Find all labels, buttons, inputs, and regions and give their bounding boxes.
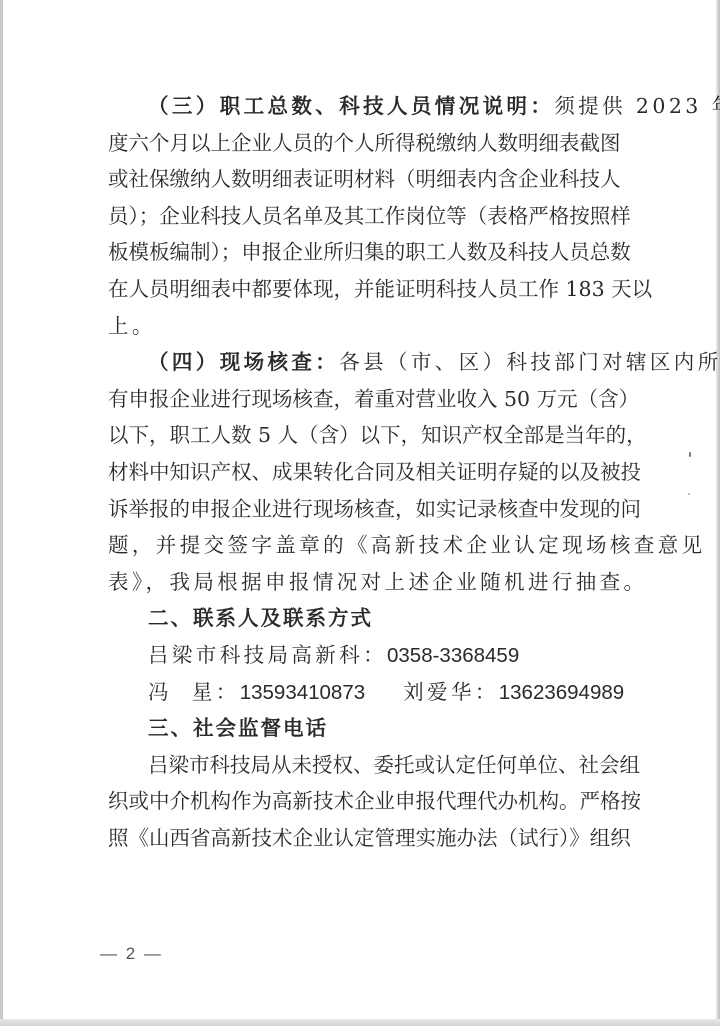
paragraph-line: 有申报企业进行现场核查，着重对营业收入 50 万元（含） xyxy=(108,381,618,418)
paragraph-line: （三）职工总数、科技人员情况说明：须提供 2023 年 xyxy=(108,88,618,125)
paragraph-line: 照《山西省高新技术企业认定管理实施办法（试行）》组织 xyxy=(108,820,618,857)
paragraph-line: 材料中知识产权、成果转化合同及相关证明存疑的以及被投 xyxy=(108,454,618,491)
paragraph-line: 表》，我局根据申报情况对上述企业随机进行抽查。 xyxy=(108,564,618,601)
paragraph-line: 或社保缴纳人数明细表证明材料（明细表内含企业科技人 xyxy=(108,161,618,198)
office-label: 吕梁市科技局高新科： xyxy=(148,643,387,667)
person2-name: 刘爱华： xyxy=(403,680,499,704)
scan-speck xyxy=(689,452,691,457)
paragraph-line: 以下，职工人数 5 人（含）以下，知识产权全部是当年的， xyxy=(108,417,618,454)
document-page: （三）职工总数、科技人员情况说明：须提供 2023 年 度六个月以上企业人员的个… xyxy=(108,88,618,856)
paragraph-line: 在人员明细表中都要体现，并能证明科技人员工作 183 天以 xyxy=(108,271,618,308)
paragraph-line: 题，并提交签字盖章的《高新技术企业认定现场核查意见 xyxy=(108,527,618,564)
paragraph-line: 诉举报的申报企业进行现场核查，如实记录核查中发现的问 xyxy=(108,491,618,528)
person1-phone: 13593410873 xyxy=(240,681,365,704)
scan-speck xyxy=(688,493,690,495)
paragraph-line: 度六个月以上企业人员的个人所得税缴纳人数明细表截图 xyxy=(108,125,618,162)
scan-bottom-edge xyxy=(0,1019,720,1026)
office-phone: 0358-3368459 xyxy=(387,644,519,667)
section-heading-contacts: 二、联系人及联系方式 xyxy=(108,600,618,637)
page-number: — 2 — xyxy=(100,944,163,964)
person1-name-first: 冯 xyxy=(148,680,172,704)
contact-persons-line: 冯星：13593410873刘爱华：13623694989 xyxy=(108,674,618,711)
person1-name-last: 星： xyxy=(192,680,240,704)
paragraph-line: 织或中介机构作为高新技术企业申报代理代办机构。严格按 xyxy=(108,783,618,820)
section-four-label: （四）现场核查： xyxy=(148,350,339,374)
section-three-label: （三）职工总数、科技人员情况说明： xyxy=(148,94,554,118)
paragraph-line: 板模板编制）；申报企业所归集的职工人数及科技人员总数 xyxy=(108,234,618,271)
section-heading-supervision: 三、社会监督电话 xyxy=(108,710,618,747)
paragraph-line: 上。 xyxy=(108,308,618,345)
person2-phone: 13623694989 xyxy=(499,681,624,704)
paragraph-line: 吕梁市科技局从未授权、委托或认定任何单位、社会组 xyxy=(108,747,618,784)
section-four-text: 各县（市、区）科技部门对辖区内所 xyxy=(339,350,720,374)
scan-left-edge xyxy=(0,0,3,1026)
section-three-text: 须提供 2023 年 xyxy=(554,94,720,118)
scan-right-edge xyxy=(716,0,720,1026)
contact-office-line: 吕梁市科技局高新科：0358-3368459 xyxy=(108,637,618,674)
paragraph-line: 员）；企业科技人员名单及其工作岗位等（表格严格按照样 xyxy=(108,198,618,235)
paragraph-line: （四）现场核查：各县（市、区）科技部门对辖区内所 xyxy=(108,344,618,381)
